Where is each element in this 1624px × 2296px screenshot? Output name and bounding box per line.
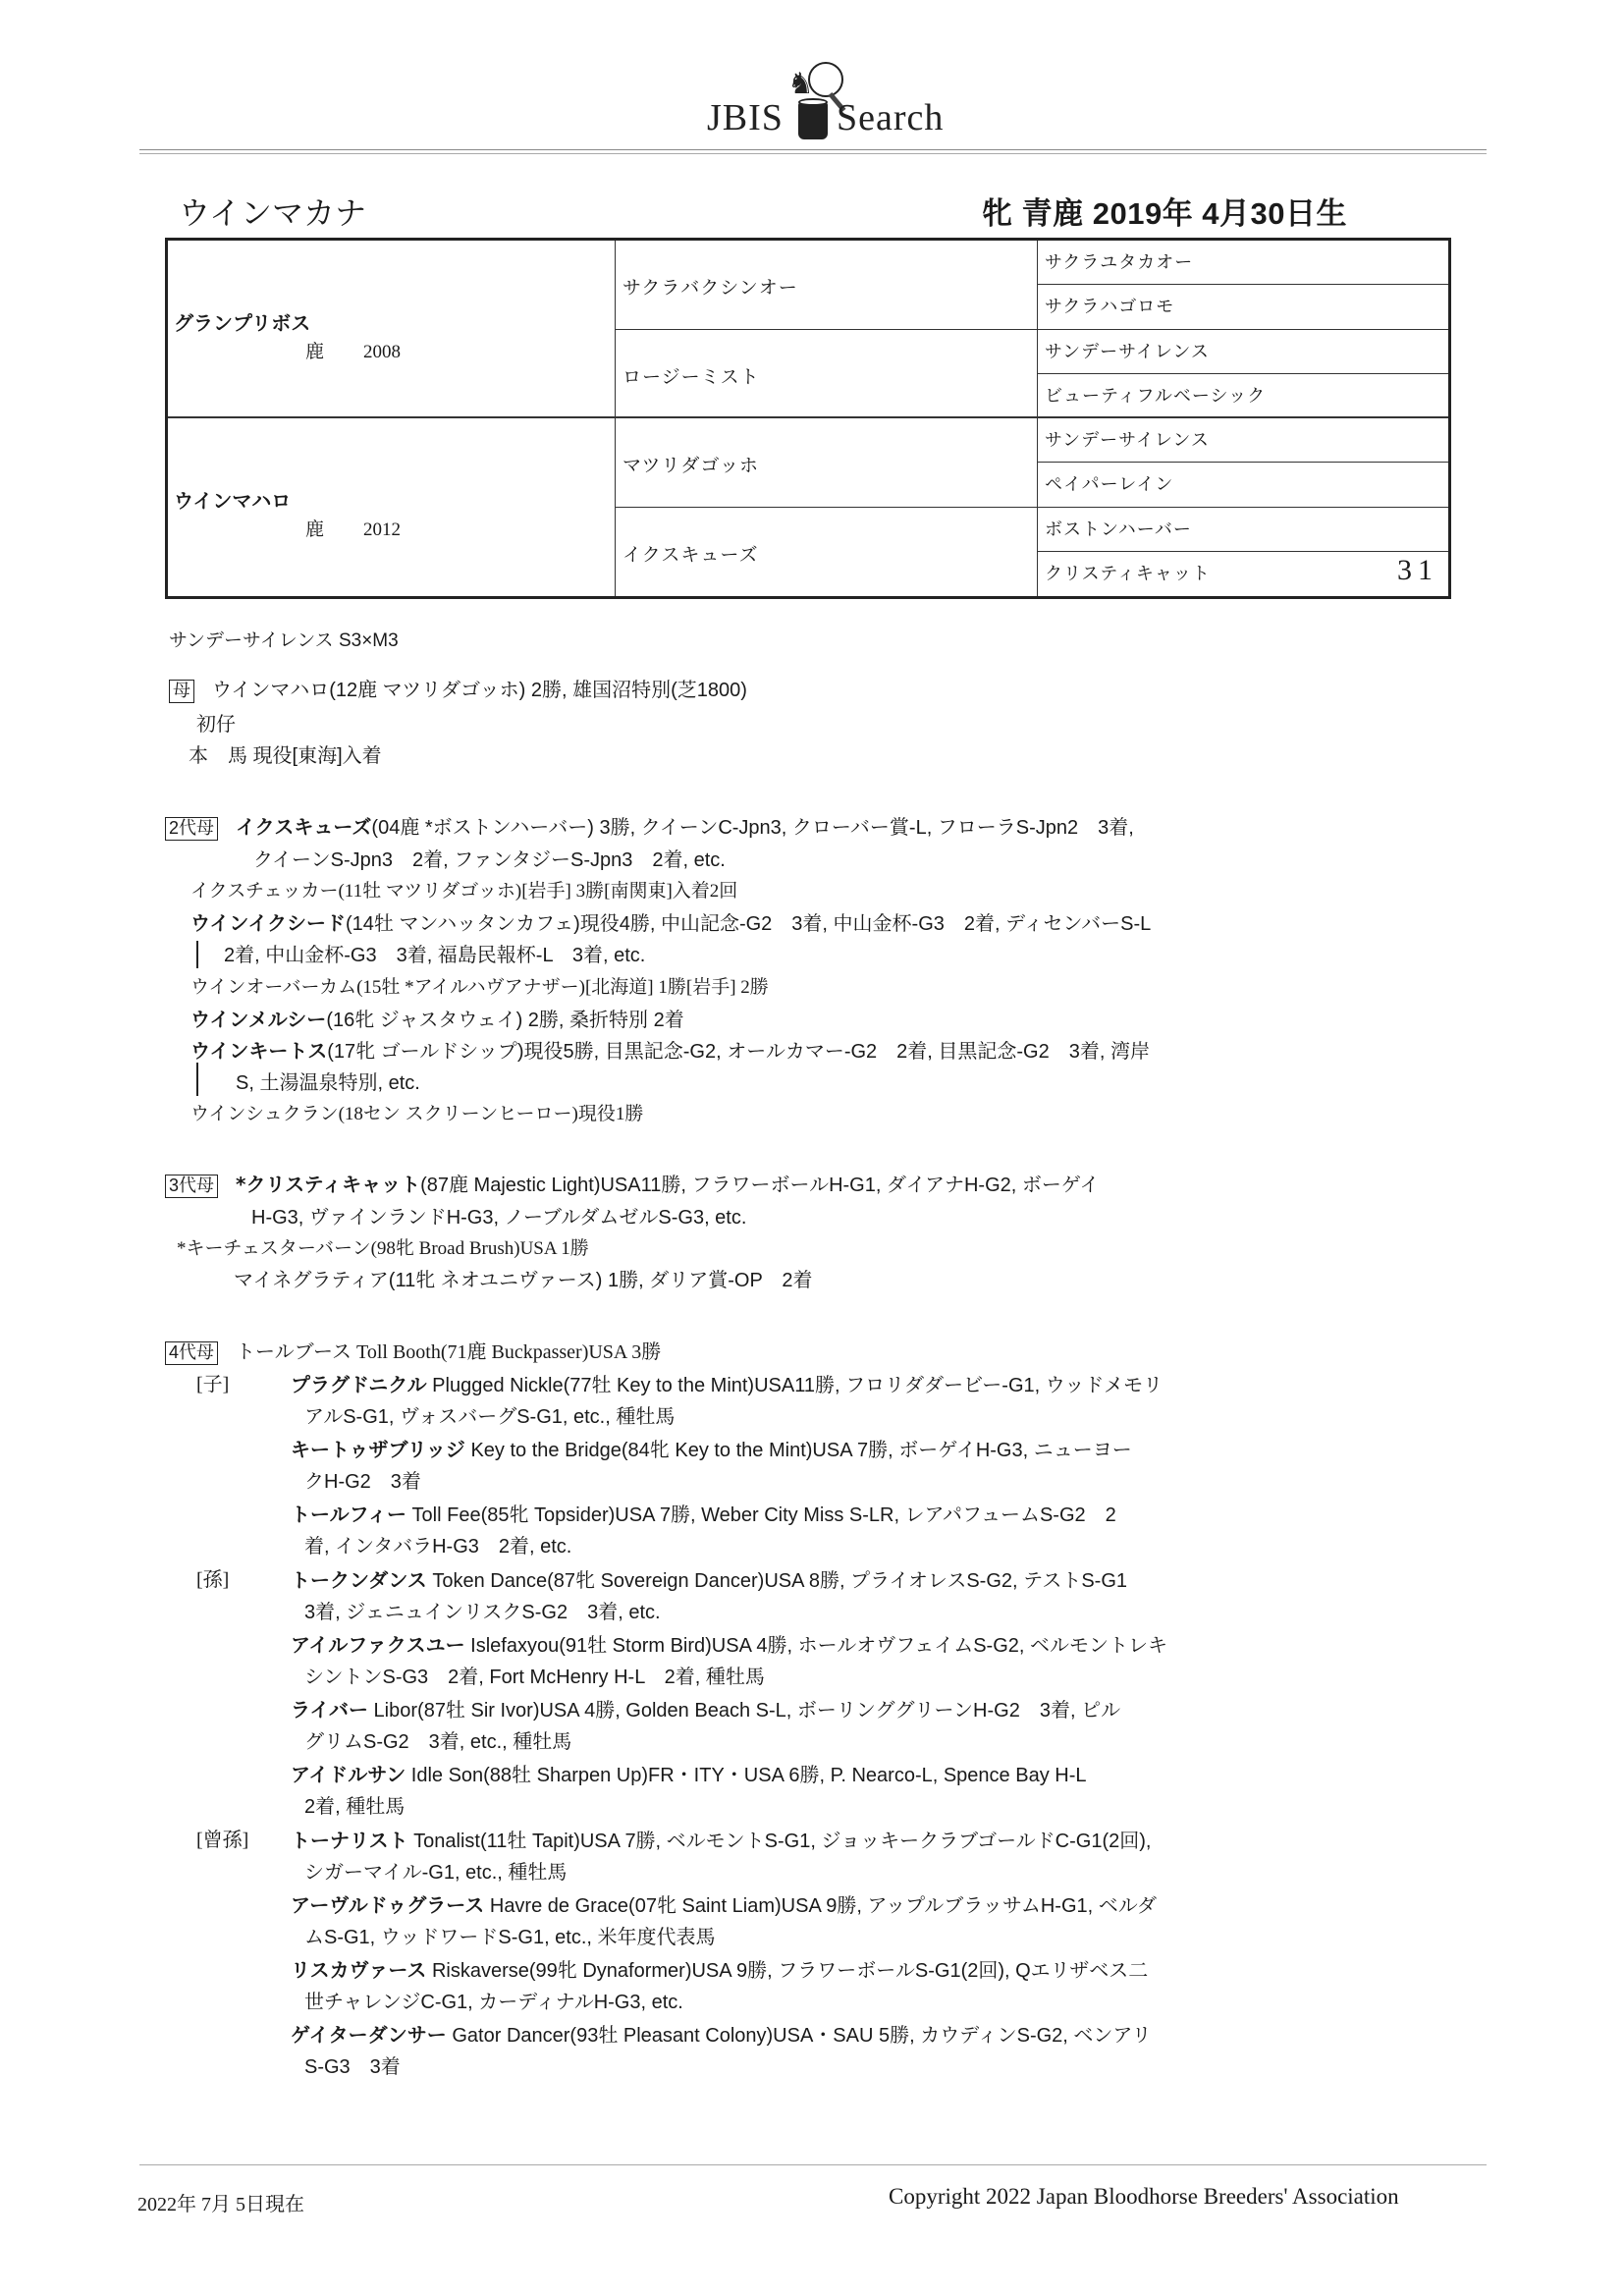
pedigree-gen2-cell: ロージーミスト xyxy=(615,330,1037,419)
continuation-bar xyxy=(196,941,198,968)
entry-record: Riskaverse(99牝 Dynaformer)USA 9勝, フラワーボー… xyxy=(426,1960,1148,1982)
dam-line: 母ウインマハロ(12鹿 マツリダゴッホ) 2勝, 雄国沼特別(芝1800) xyxy=(169,680,747,703)
entry-name: トークンダンス xyxy=(291,1568,427,1592)
entry-name: ライバー xyxy=(291,1698,368,1722)
logo-text-search: Search xyxy=(837,96,944,139)
gen2-label-box: 2代母 xyxy=(165,817,218,841)
gen2-offspring: ウインメルシー(16牝 ジャスタウェイ) 2勝, 桑折特別 2着 xyxy=(190,1010,684,1030)
gen2-name: サクラバクシンオー xyxy=(623,273,798,300)
pedigree-gen3: サクラユタカオー サクラハゴロモ サンデーサイレンス ビューティフルベーシック … xyxy=(1037,241,1448,596)
can-icon xyxy=(798,102,828,139)
offspring-name: ウインメルシー xyxy=(190,1008,326,1031)
magnifier-icon xyxy=(808,62,843,97)
entry-record: Islefaxyou(91牡 Storm Bird)USA 4勝, ホールオヴフ… xyxy=(465,1635,1167,1657)
gen4-entry: アーヴルドゥグラース Havre de Grace(07牝 Saint Liam… xyxy=(291,1895,1157,1916)
gen2-offspring: ウインオーバーカム(15牡 *アイルハヴアナザー)[北海道] 1勝[岩手] 2勝 xyxy=(190,978,769,997)
gen4-entry: プラグドニクル Plugged Nickle(77牡 Key to the Mi… xyxy=(291,1375,1163,1395)
gen4-entry: トールフィー Toll Fee(85牝 Topsider)USA 7勝, Web… xyxy=(291,1504,1116,1525)
group-tag-grandchildren: [孫] xyxy=(196,1570,229,1590)
gen3-dam-name: *クリスティキャット xyxy=(236,1173,420,1196)
header-divider xyxy=(139,149,1487,150)
gen2-dam-line: 2代母イクスキューズ(04鹿 *ボストンハーバー) 3勝, クイーンC-Jpn3… xyxy=(165,817,1134,841)
gen4-label-box: 4代母 xyxy=(165,1341,218,1365)
entry-record: Libor(87牡 Sir Ivor)USA 4勝, Golden Beach … xyxy=(368,1700,1120,1722)
gen3-name: ビューティフルベーシック xyxy=(1045,382,1266,408)
gen3-dam-record-cont: H-G3, ヴァインランドH-G3, ノーブルダムゼルS-G3, etc. xyxy=(251,1208,746,1228)
gen3-dam-record: (87鹿 Majestic Light)USA11勝, フラワーボールH-G1,… xyxy=(420,1175,1099,1196)
pedigree-gen3-cell: ペイパーレイン xyxy=(1037,463,1448,507)
gen2-dam-record: (04鹿 *ボストンハーバー) 3勝, クイーンC-Jpn3, クローバー賞-L… xyxy=(371,817,1133,839)
dam-name: ウインマハロ xyxy=(174,485,291,514)
offspring-record: (17牝 ゴールドシップ)現役5勝, 目黒記念-G2, オールカマー-G2 2着… xyxy=(327,1041,1150,1063)
header-divider-second xyxy=(139,153,1487,154)
sire-details: 鹿2008 xyxy=(305,337,401,363)
footer-divider xyxy=(139,2164,1487,2165)
gen3-name: ボストンハーバー xyxy=(1045,516,1192,541)
offspring-record-cont: S, 土湯温泉特別, etc. xyxy=(236,1073,420,1093)
dam-details: 鹿2012 xyxy=(305,515,401,541)
dam-label-box: 母 xyxy=(169,680,194,703)
entry-record: Havre de Grace(07牝 Saint Liam)USA 9勝, アッ… xyxy=(484,1895,1157,1917)
gen4-dam-line: 4代母トールブース Toll Booth(71鹿 Buckpasser)USA … xyxy=(165,1341,661,1365)
entry-name: ゲイターダンサー xyxy=(291,2023,447,2047)
gen3-name: サクラハゴロモ xyxy=(1045,293,1174,318)
gen3-grandoffspring: マイネグラティア(11牝 ネオユニヴァース) 1勝, ダリア賞-OP 2着 xyxy=(234,1271,813,1290)
sire-coat: 鹿 xyxy=(305,342,324,362)
pedigree-sire-cell: グランプリボス 鹿2008 xyxy=(168,241,615,418)
gen2-name: イクスキューズ xyxy=(623,540,758,567)
gen2-name: ロージーミスト xyxy=(623,362,760,389)
entry-record-cont: シントンS-G3 2着, Fort McHenry H-L 2着, 種牡馬 xyxy=(304,1667,765,1687)
dam-first-foal: 初仔 xyxy=(196,715,236,735)
family-number: 31 xyxy=(1397,554,1438,587)
entry-record-cont: シガーマイル-G1, etc., 種牡馬 xyxy=(304,1863,567,1883)
entry-record-cont: ムS-G1, ウッドワードS-G1, etc., 米年度代表馬 xyxy=(304,1928,716,1947)
entry-name: キートゥザブリッジ xyxy=(291,1438,465,1461)
dam-summary: ウインマハロ(12鹿 マツリダゴッホ) 2勝, 雄国沼特別(芝1800) xyxy=(212,680,747,701)
inbreeding-note: サンデーサイレンス S3×M3 xyxy=(169,631,399,650)
gen3-label-box: 3代母 xyxy=(165,1175,218,1198)
entry-record: Plugged Nickle(77牡 Key to the Mint)USA11… xyxy=(427,1375,1164,1396)
pedigree-gen1: グランプリボス 鹿2008 ウインマハロ 鹿2012 xyxy=(168,241,616,596)
group-tag-children: [子] xyxy=(196,1375,229,1394)
entry-record: Key to the Bridge(84牝 Key to the Mint)US… xyxy=(465,1440,1132,1461)
gen3-name: クリスティキャット xyxy=(1045,560,1211,585)
entry-record-cont: 世チャレンジC-G1, カーディナルH-G3, etc. xyxy=(304,1993,683,2012)
gen3-name: ペイパーレイン xyxy=(1045,470,1173,496)
gen4-entry: リスカヴァース Riskaverse(99牝 Dynaformer)USA 9勝… xyxy=(291,1960,1148,1981)
gen4-entry: ライバー Libor(87牡 Sir Ivor)USA 4勝, Golden B… xyxy=(291,1700,1120,1721)
pedigree-gen2: サクラバクシンオー ロージーミスト マツリダゴッホ イクスキューズ xyxy=(615,241,1038,596)
entry-record: Token Dance(87牝 Sovereign Dancer)USA 8勝,… xyxy=(427,1570,1127,1592)
offspring-name: ウインキートス xyxy=(190,1039,327,1063)
offspring-name: ウインイクシード xyxy=(190,911,346,935)
gen3-dam-line: 3代母*クリスティキャット(87鹿 Majestic Light)USA11勝,… xyxy=(165,1175,1099,1198)
offspring-record: (14牡 マンハッタンカフェ)現役4勝, 中山記念-G2 3着, 中山金杯-G3… xyxy=(346,913,1151,935)
pedigree-gen3-cell: サクラユタカオー xyxy=(1037,241,1448,285)
entry-record-cont: 着, インタバラH-G3 2着, etc. xyxy=(304,1537,571,1557)
pedigree-gen3-cell: クリスティキャット 31 xyxy=(1037,552,1448,596)
pedigree-gen2-cell: マツリダゴッホ xyxy=(615,418,1037,508)
gen3-name: サクラユタカオー xyxy=(1045,248,1193,274)
gen4-dam-record: トールブース Toll Booth(71鹿 Buckpasser)USA 3勝 xyxy=(236,1341,661,1363)
as-of-date: 2022年 7月 5日現在 xyxy=(137,2188,304,2216)
gen3-name: サンデーサイレンス xyxy=(1045,426,1210,452)
gen2-offspring: ウインキートス(17牝 ゴールドシップ)現役5勝, 目黒記念-G2, オールカマ… xyxy=(190,1041,1150,1062)
sire-name: グランプリボス xyxy=(174,307,310,336)
gen2-offspring: イクスチェッカー(11牡 マツリダゴッホ)[岩手] 3勝[南関東]入着2回 xyxy=(190,882,737,901)
gen2-offspring: ウインシュクラン(18セン スクリーンヒーロー)現役1勝 xyxy=(190,1105,643,1123)
entry-record-cont: アルS-G1, ヴォスバーグS-G1, etc., 種牡馬 xyxy=(304,1407,675,1427)
pedigree-gen3-cell: ビューティフルベーシック xyxy=(1037,374,1448,418)
group-tag-great-grandchildren: [曾孫] xyxy=(196,1831,248,1850)
gen4-entry: ゲイターダンサー Gator Dancer(93牡 Pleasant Colon… xyxy=(291,2025,1152,2046)
entry-name: リスカヴァース xyxy=(291,1958,426,1982)
entry-name: トーナリスト xyxy=(291,1829,408,1852)
gen4-entry: キートゥザブリッジ Key to the Bridge(84牝 Key to t… xyxy=(291,1440,1132,1460)
entry-name: トールフィー xyxy=(291,1503,406,1526)
gen2-offspring: ウインイクシード(14牡 マンハッタンカフェ)現役4勝, 中山記念-G2 3着,… xyxy=(190,913,1151,934)
sire-year: 2008 xyxy=(363,342,401,362)
entry-record-cont: グリムS-G2 3着, etc., 種牡馬 xyxy=(304,1732,571,1752)
continuation-bar xyxy=(196,1063,198,1096)
copyright: Copyright 2022 Japan Bloodhorse Breeders… xyxy=(889,2184,1399,2210)
entry-name: プラグドニクル xyxy=(291,1373,427,1396)
pedigree-gen3-cell: ボストンハーバー xyxy=(1037,508,1448,552)
pedigree-gen2-cell: サクラバクシンオー xyxy=(615,241,1037,330)
pedigree-dam-cell: ウインマハロ 鹿2012 xyxy=(168,418,615,596)
entry-name: アーヴルドゥグラース xyxy=(291,1893,484,1917)
dam-year: 2012 xyxy=(363,519,401,540)
offspring-record: (16牝 ジャスタウェイ) 2勝, 桑折特別 2着 xyxy=(326,1010,683,1031)
jbis-search-logo: JBIS ♞ Search xyxy=(707,59,962,147)
gen3-offspring: *キーチェスターバーン(98牝 Broad Brush)USA 1勝 xyxy=(177,1239,589,1258)
gen4-entry: トークンダンス Token Dance(87牝 Sovereign Dancer… xyxy=(291,1570,1127,1591)
gen4-entry: トーナリスト Tonalist(11牡 Tapit)USA 7勝, ベルモントS… xyxy=(291,1831,1151,1851)
pedigree-gen2-cell: イクスキューズ xyxy=(615,508,1037,597)
entry-record: Idle Son(88牡 Sharpen Up)FR・ITY・USA 6勝, P… xyxy=(406,1765,1086,1786)
gen2-name: マツリダゴッホ xyxy=(623,451,759,477)
dam-coat: 鹿 xyxy=(305,519,324,540)
self-status: 本 馬 現役[東海]入着 xyxy=(189,746,382,766)
gen2-dam-name: イクスキューズ xyxy=(236,815,371,839)
pedigree-gen3-cell: サクラハゴロモ xyxy=(1037,285,1448,329)
pedigree-gen3-cell: サンデーサイレンス xyxy=(1037,330,1448,374)
entry-record: Toll Fee(85牝 Topsider)USA 7勝, Weber City… xyxy=(406,1504,1116,1526)
entry-name: アイドルサン xyxy=(291,1763,406,1786)
gen3-name: サンデーサイレンス xyxy=(1045,338,1210,363)
gen2-dam-record-cont: クイーンS-Jpn3 2着, ファンタジーS-Jpn3 2着, etc. xyxy=(253,850,726,870)
entry-record-cont: S-G3 3着 xyxy=(304,2057,401,2077)
gen4-entry: アイドルサン Idle Son(88牡 Sharpen Up)FR・ITY・US… xyxy=(291,1765,1086,1785)
offspring-record-cont: 2着, 中山金杯-G3 3着, 福島民報杯-L 3着, etc. xyxy=(224,946,645,965)
entry-record: Tonalist(11牡 Tapit)USA 7勝, ベルモントS-G1, ジョ… xyxy=(408,1831,1152,1852)
entry-record-cont: 2着, 種牡馬 xyxy=(304,1797,405,1817)
logo-text-jbis: JBIS xyxy=(707,96,784,139)
pedigree-gen3-cell: サンデーサイレンス xyxy=(1037,418,1448,463)
horse-name: ウインマカナ xyxy=(179,189,366,234)
horse-info: 牝 青鹿 2019年 4月30日生 xyxy=(982,189,1347,233)
entry-record-cont: 3着, ジェニュインリスクS-G2 3着, etc. xyxy=(304,1603,661,1622)
entry-name: アイルファクスユー xyxy=(291,1633,465,1657)
entry-record-cont: クH-G2 3着 xyxy=(304,1472,421,1492)
pedigree-table: グランプリボス 鹿2008 ウインマハロ 鹿2012 サクラバクシンオー ロージ… xyxy=(165,238,1451,599)
entry-record: Gator Dancer(93牡 Pleasant Colony)USA・SAU… xyxy=(447,2025,1152,2047)
gen4-entry: アイルファクスユー Islefaxyou(91牡 Storm Bird)USA … xyxy=(291,1635,1167,1656)
